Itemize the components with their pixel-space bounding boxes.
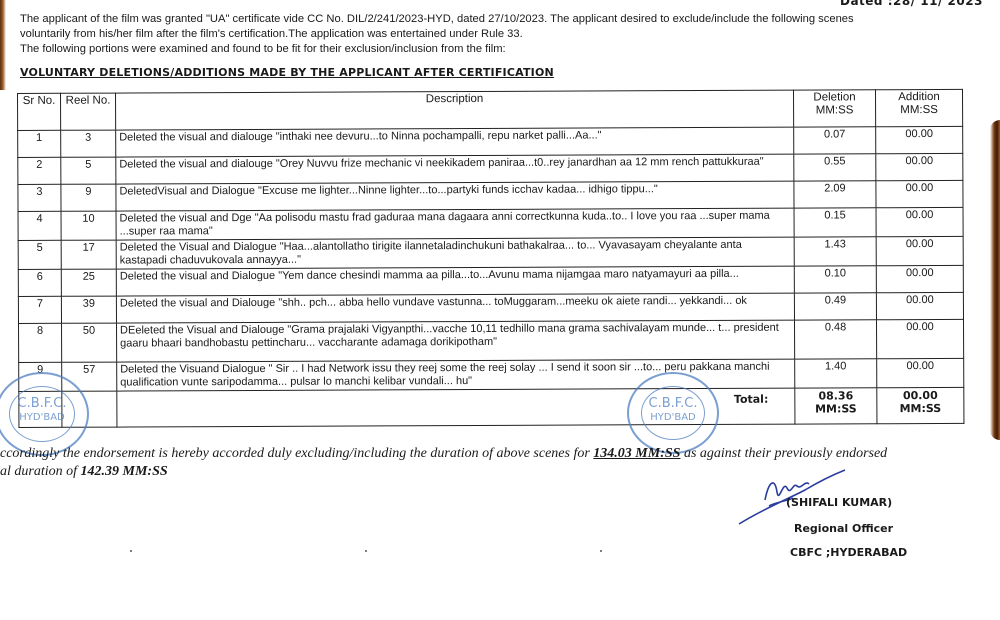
endorsement-text-1: ccordingly the endorsement is hereby acc… [0,446,593,461]
cbfc-stamp-left: C.B.F.C. HYD'BAD [0,372,89,456]
table-row: 6 25 Deleted the visual and Dialogue "Ye… [18,265,963,296]
cell-description: Deleted the visual and dialouge "inthaki… [116,127,794,157]
cell-reel: 50 [62,323,117,362]
section-heading: VOLUNTARY DELETIONS/ADDITIONS MADE BY TH… [20,66,554,79]
header-addition: Addition MM:SS [875,89,962,126]
intro-line-1: The applicant of the film was granted "U… [20,12,980,27]
header-description: Description [116,90,794,130]
cell-description: Deleted the visual and Dge "Aa polisodu … [116,208,794,240]
cell-sr: 2 [18,157,61,184]
cell-deletion: 0.55 [794,154,876,181]
cell-addition: 00.00 [876,236,963,265]
signatory-office: CBFC ;HYDERABAD [790,546,907,559]
cell-reel: 17 [61,240,116,269]
cell-reel: 9 [61,184,116,211]
total-addition-unit: MM:SS [880,402,960,415]
table-total-row: Total: 08.36 MM:SS 00.00 MM:SS [19,387,964,427]
cell-description: Deleted the visual and dialouge "Orey Nu… [116,154,794,184]
total-deletion-unit: MM:SS [798,402,873,415]
cell-sr: 6 [18,269,61,296]
cell-description: DEeleted the Visual and Dialouge "Grama … [117,320,795,362]
signatory-name: (SHIFALI KUMAR) [786,496,892,509]
cell-description: Deleted the visual and Dialogue "Yem dan… [116,266,794,296]
stamp-text-line1: C.B.F.C. [0,396,87,411]
stamp-text-line1: C.B.F.C. [629,396,717,411]
table-row: 2 5 Deleted the visual and dialouge "Ore… [18,153,963,184]
new-duration: 134.03 MM:SS [593,446,680,461]
deletions-table: Sr No. Reel No. Description Deletion MM:… [17,89,964,428]
scan-speck [130,550,132,552]
endorsement-text-3: al duration of [0,464,81,479]
cell-sr: 1 [18,130,61,157]
cell-sr: 4 [18,211,61,240]
cell-addition: 00.00 [876,292,963,319]
old-duration: 142.39 MM:SS [81,464,168,479]
cell-deletion: 1.43 [794,237,876,266]
intro-paragraph: The applicant of the film was granted "U… [20,12,980,57]
document-date: Dated :28/ 11/ 2023 [840,0,983,8]
signature-icon [735,460,855,530]
header-deletion: Deletion MM:SS [793,90,875,127]
table-row: 3 9 DeletedVisual and Dialogue "Excuse m… [18,180,963,211]
cell-addition: 00.00 [876,180,963,207]
total-addition: 00.00 MM:SS [877,387,964,423]
cell-description: DeletedVisual and Dialogue "Excuse me li… [116,181,794,211]
header-reel-no: Reel No. [61,93,116,130]
cell-description: Deleted the visual and Dialouge "shh.. p… [116,293,794,323]
scan-speck [365,550,367,552]
cell-reel: 10 [61,211,116,240]
cell-deletion: 0.15 [794,208,876,237]
cell-reel: 3 [61,130,116,157]
cell-addition: 00.00 [876,126,963,153]
stamp-text-line2: HYD'BAD [629,412,717,423]
cell-deletion: 2.09 [794,181,876,208]
signatory-designation: Regional Officer [794,522,893,535]
table-row: 4 10 Deleted the visual and Dge "Aa poli… [18,207,963,240]
cell-deletion: 0.49 [794,293,876,320]
cell-description: Deleted the Visual and Dialogue "Haa...a… [116,237,794,269]
cell-deletion: 0.07 [794,127,876,154]
cell-addition: 00.00 [876,265,963,292]
cell-addition: 00.00 [876,319,963,358]
table-row: 5 17 Deleted the Visual and Dialogue "Ha… [18,236,963,269]
cell-sr: 8 [19,323,62,362]
total-deletion: 08.36 MM:SS [795,388,877,424]
background-wood-right [990,120,1000,440]
table-header-row: Sr No. Reel No. Description Deletion MM:… [18,89,963,130]
background-wood-left [0,0,6,90]
table-row: 1 3 Deleted the visual and dialouge "int… [18,126,963,157]
header-sr-no: Sr No. [18,93,61,130]
endorsement-text-2: as against their previously endorsed [680,446,887,461]
total-deletion-value: 08.36 [798,389,873,402]
cell-deletion: 0.48 [794,320,876,359]
table-row: 7 39 Deleted the visual and Dialouge "sh… [18,292,963,323]
cell-addition: 00.00 [876,153,963,180]
cell-sr: 3 [18,184,61,211]
cell-deletion: 1.40 [795,359,877,388]
cell-reel: 25 [61,269,116,296]
intro-line-2: voluntarily from his/her film after the … [20,27,980,42]
cell-addition: 00.00 [877,358,964,387]
cell-sr: 5 [18,240,61,269]
cell-reel: 39 [61,296,116,323]
scan-speck [600,550,602,552]
table-row: 8 50 DEeleted the Visual and Dialouge "G… [19,319,964,362]
intro-line-3: The following portions were examined and… [20,42,980,57]
stamp-text-line2: HYD'BAD [0,412,87,423]
cell-addition: 00.00 [876,207,963,236]
total-addition-value: 00.00 [880,389,960,402]
cbfc-stamp-right: C.B.F.C. HYD'BAD [627,372,719,454]
cell-deletion: 0.10 [794,266,876,293]
cell-sr: 7 [18,296,61,323]
table-row: 9 57 Deleted the Visuand Dialogue " Sir … [19,358,964,391]
cell-reel: 5 [61,157,116,184]
